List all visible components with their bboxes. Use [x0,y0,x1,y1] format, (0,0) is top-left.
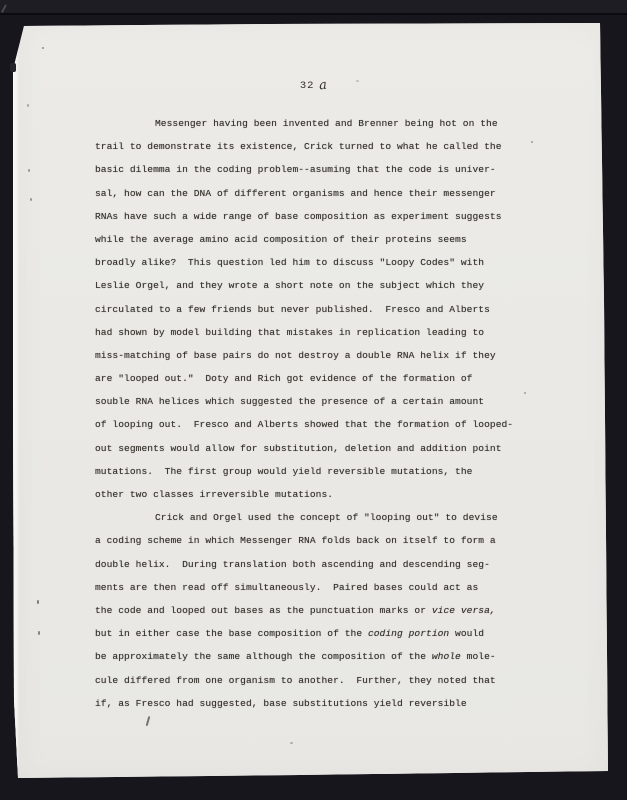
typed-line: miss-matching of base pairs do not destr… [95,344,535,367]
typed-line: ments are then read off simultaneously. … [95,576,535,599]
typed-text: sal, how can the DNA of different organi… [95,188,496,199]
typed-line: while the average amino acid composition… [95,228,535,251]
paper-speck [531,141,533,143]
typed-line: the code and looped out bases as the pun… [95,599,535,622]
typed-line: RNAs have such a wide range of base comp… [95,205,535,228]
typed-line: souble RNA helices which suggested the p… [95,390,535,413]
typed-line: other two classes irreversible mutations… [95,483,535,506]
typed-text: basic dilemma in the coding problem--asu… [95,164,496,175]
typed-line: cule differed from one organism to anoth… [95,669,535,692]
paper-speck [524,392,526,394]
typed-line: Leslie Orgel, and they wrote a short not… [95,274,535,297]
typed-text: but in either case the base composition … [95,628,368,639]
typescript-lines: Messenger having been invented and Brenn… [95,112,535,715]
paper-speck [38,631,40,635]
typed-text: trail to demonstrate its existence, Cric… [95,141,502,152]
page-number-suffix: a [319,78,328,94]
paper-edge-notch [10,63,16,72]
typed-line: had shown by model building that mistake… [95,321,535,344]
typed-text: of looping out. Fresco and Alberts showe… [95,419,513,430]
typed-line: Messenger having been invented and Brenn… [95,112,535,135]
scanner-seam-line [0,13,627,15]
typed-text: would [449,628,484,639]
typed-text: had shown by model building that mistake… [95,327,484,338]
typed-line: sal, how can the DNA of different organi… [95,182,535,205]
typed-text: are "looped out." Doty and Rich got evid… [95,373,472,384]
typed-text: mole- [461,651,496,662]
typed-text: if, as Fresco had suggested, base substi… [95,698,467,709]
typed-line: basic dilemma in the coding problem--asu… [95,158,535,181]
typed-text-italic: vice versa, [432,605,496,616]
typed-line: trail to demonstrate its existence, Cric… [95,135,535,158]
typed-text: mutations. The first group would yield r… [95,466,472,477]
typed-text: cule differed from one organism to anoth… [95,675,496,686]
typed-line: be approximately the same although the c… [95,645,535,668]
typed-text: a coding scheme in which Messenger RNA f… [95,535,496,546]
typed-text: out segments would allow for substitutio… [95,443,502,454]
typed-line: if, as Fresco had suggested, base substi… [95,692,535,715]
paper-left-edge-highlight [13,34,19,770]
paper-speck [30,198,32,201]
typed-text: other two classes irreversible mutations… [95,489,333,500]
typed-line: broadly alike? This question led him to … [95,251,535,274]
typed-text: Crick and Orgel used the concept of "loo… [155,512,498,523]
paper-speck [356,80,359,82]
typed-line: a coding scheme in which Messenger RNA f… [95,529,535,552]
typed-text-italic: whole [432,651,461,662]
typed-text: the code and looped out bases as the pun… [95,605,432,616]
typed-line: circulated to a few friends but never pu… [95,298,535,321]
typed-line: of looping out. Fresco and Alberts showe… [95,413,535,436]
paper-speck [37,600,39,604]
typed-line: out segments would allow for substitutio… [95,437,535,460]
typed-text: circulated to a few friends but never pu… [95,304,490,315]
paper-speck [290,742,293,744]
typed-text: Leslie Orgel, and they wrote a short not… [95,280,484,291]
paper-speck [27,104,29,107]
typed-text: RNAs have such a wide range of base comp… [95,211,502,222]
typed-text: double helix. During translation both as… [95,559,490,570]
typed-line: double helix. During translation both as… [95,553,535,576]
typed-text: Messenger having been invented and Brenn… [155,118,498,129]
typed-text-italic: coding portion [368,628,449,639]
typed-line: mutations. The first group would yield r… [95,460,535,483]
scanner-background-strip [0,0,627,13]
manuscript-page: 32a Messenger having been invented and B… [0,0,627,800]
typed-text: miss-matching of base pairs do not destr… [95,350,496,361]
paper-speck [42,47,44,49]
typed-text: while the average amino acid composition… [95,234,467,245]
page-number-value: 32 [300,80,315,92]
typed-line: but in either case the base composition … [95,622,535,645]
page-number: 32a [0,77,627,92]
pencil-slash-mark [146,716,150,726]
typed-line: Crick and Orgel used the concept of "loo… [95,506,535,529]
typed-text: be approximately the same although the c… [95,651,432,662]
paper-speck [28,169,30,172]
typed-text: ments are then read off simultaneously. … [95,582,478,593]
typed-text: souble RNA helices which suggested the p… [95,396,484,407]
typed-line: are "looped out." Doty and Rich got evid… [95,367,535,390]
typed-text: broadly alike? This question led him to … [95,257,484,268]
